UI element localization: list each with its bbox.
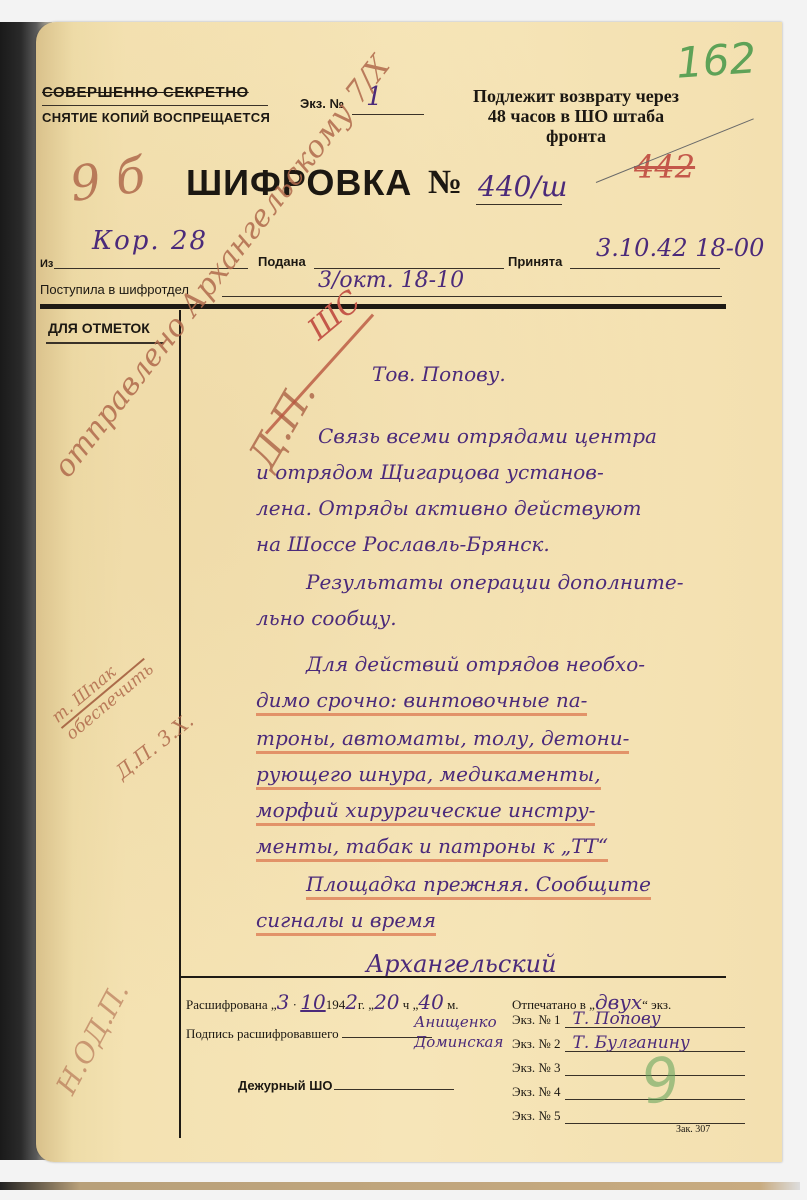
classification-rule — [42, 105, 268, 106]
margin-note-supply-sig: Д.П. 3.Х. — [110, 708, 198, 784]
from-label: Из — [40, 258, 53, 270]
message-line-text: и отрядом Щигарцова установ- — [256, 460, 604, 484]
decoded-minute: 40 — [418, 990, 443, 1014]
copy-row: Экз. № 3 — [512, 1060, 745, 1076]
copy-row: Экз. № 1Т. Попову — [512, 1012, 745, 1028]
from-value: Кор. 28 — [92, 226, 208, 256]
message-line: на Шоссе Рославль-Брянск. — [256, 532, 550, 556]
decoded-day: 3 — [277, 990, 290, 1014]
received-label: Принята — [508, 254, 562, 269]
arrived-line — [222, 296, 722, 297]
minute-unit: м. — [447, 997, 458, 1012]
addressee: Тов. Попову. — [372, 362, 506, 386]
order-number: Зак. 307 — [676, 1124, 710, 1135]
copy-row: Экз. № 2Т. Булганину — [512, 1036, 745, 1052]
margin-heading: ДЛЯ ОТМЕТОК — [48, 320, 150, 336]
decoder-signature-row: Подпись расшифровавшего — [186, 1026, 432, 1042]
message-line: менты, табак и патроны к „ТТ“ — [256, 834, 608, 862]
return-notice-line-3: фронта — [456, 126, 696, 146]
year-unit: г. — [358, 997, 365, 1012]
decoded-hour: 20 — [374, 990, 399, 1014]
message-line: димо срочно: винтовочные па- — [256, 688, 587, 716]
decoded-year-suffix: 2 — [345, 990, 358, 1014]
return-notice-line-2: 48 часов в ШО штаба — [456, 106, 696, 126]
copy-notice: СНЯТИЕ КОПИЙ ВОСПРЕЩАЕТСЯ — [42, 110, 270, 125]
message-line: и отрядом Щигарцова установ- — [256, 460, 604, 484]
copy-row-label: Экз. № 4 — [512, 1084, 561, 1099]
archive-number-green: 162 — [674, 33, 757, 87]
margin-mark-top: ШС — [301, 284, 367, 348]
footer-divider — [180, 976, 726, 978]
message-line: морфий хирургические инстру- — [256, 798, 595, 826]
margin-note-bottom: Н.ОД.П. — [50, 977, 136, 1100]
message-line: рующего шнура, медикаменты, — [256, 762, 601, 790]
received-value: 3.10.42 18-00 — [596, 234, 764, 262]
corner-mark: 9 б — [66, 147, 148, 213]
received-line — [570, 268, 720, 269]
copy-row: Экз. № 5 — [512, 1108, 745, 1124]
binder-strip — [0, 1182, 800, 1190]
return-notice: Подлежит возврату через 48 часов в ШО шт… — [456, 86, 696, 146]
message-line: Связь всеми отрядами центра — [318, 424, 657, 448]
decoded-label: Расшифрована — [186, 997, 268, 1012]
submitted-label: Подана — [258, 254, 306, 269]
hour-unit: ч — [403, 997, 410, 1012]
message-line: Площадка прежняя. Сообщите — [306, 872, 651, 900]
copy-row-label: Экз. № 1 — [512, 1012, 561, 1027]
decoded-row: Расшифрована „3 · 101942г. „20 ч „40 м. — [186, 990, 459, 1014]
copy-row: Экз. № 4 — [512, 1084, 745, 1100]
message-body: Связь всеми отрядами центра и отрядом Щи… — [256, 424, 776, 944]
copy-row-value: Т. Попову — [573, 1009, 661, 1029]
document-page: СОВЕРШЕННО СЕКРЕТНО СНЯТИЕ КОПИЙ ВОСПРЕЩ… — [36, 22, 782, 1162]
message-line: сигналы и время — [256, 908, 436, 936]
duty-officer-row: Дежурный ШО — [238, 1078, 454, 1093]
message-line: Результаты операции дополнитe- — [306, 570, 683, 594]
classification-stamp: СОВЕРШЕННО СЕКРЕТНО — [42, 84, 249, 101]
message-line: Для действий отрядов необхо- — [306, 652, 645, 676]
message-line: троны, автоматы, толу, детони- — [256, 726, 629, 754]
margin-note-supply: т. Шпак обеспечить — [48, 643, 158, 745]
decoded-month: 10 — [300, 990, 325, 1014]
copy-row-label: Экз. № 5 — [512, 1108, 561, 1123]
message-line: лена. Отряды активно действуют — [256, 496, 641, 520]
decoder-sig-label: Подпись расшифровавшего — [186, 1026, 339, 1041]
message-line: льно сообщу. — [256, 606, 397, 630]
sender-signature: Архангельский — [366, 950, 557, 978]
arrived-label: Поступила в шифротдел — [40, 282, 189, 297]
return-notice-line-1: Подлежит возврату через — [456, 86, 696, 106]
header-divider — [40, 304, 726, 309]
number-line — [476, 204, 562, 205]
decoded-year-prefix: 194 — [326, 997, 346, 1012]
number-label: № — [428, 164, 462, 202]
copy-row-label: Экз. № 2 — [512, 1036, 561, 1051]
duty-label: Дежурный ШО — [238, 1078, 332, 1093]
copy-row-label: Экз. № 3 — [512, 1060, 561, 1075]
cipher-number: 440/ш — [478, 170, 567, 203]
